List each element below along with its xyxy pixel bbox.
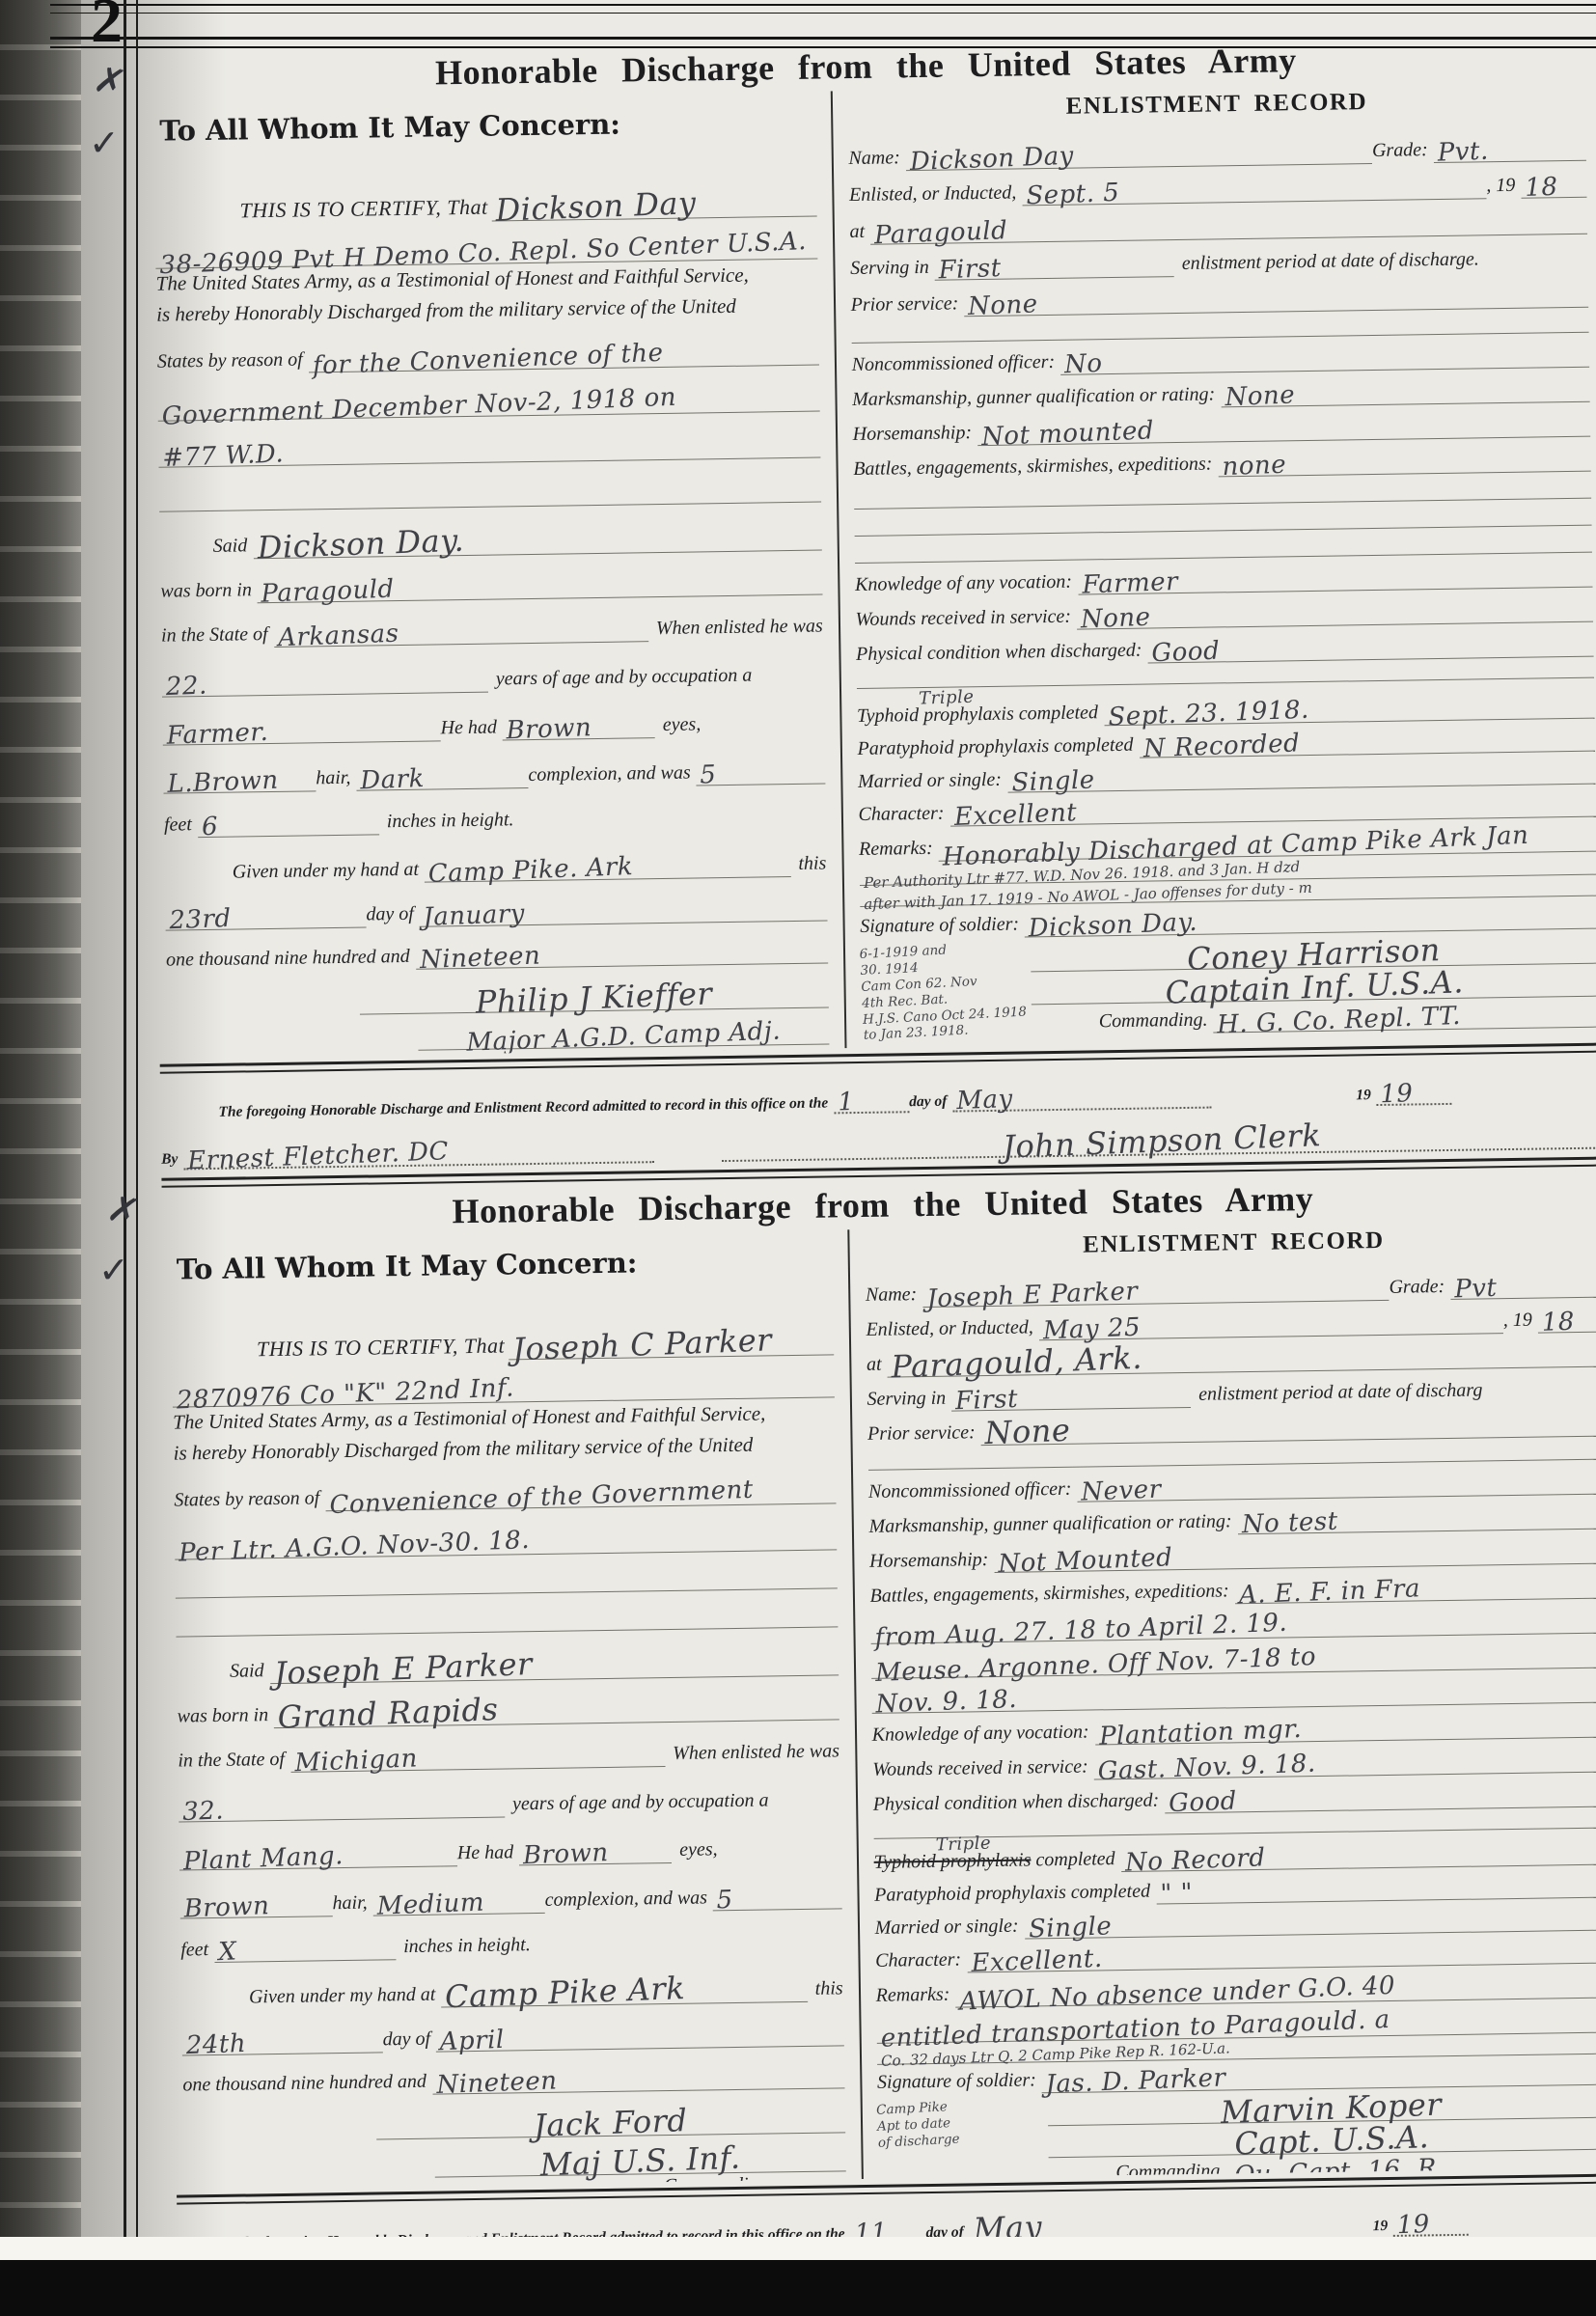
paratyphoid-label: Paratyphoid prophylaxis completed [874, 1881, 1156, 1909]
battles-handwritten: none [1222, 453, 1286, 480]
officer-signature-handwritten: Philip J Kieffer [475, 978, 713, 1017]
page-content: Honorable Discharge from the United Stat… [145, 28, 1596, 2257]
serving-handwritten: First [938, 256, 1002, 283]
given-this-label: this [808, 1977, 843, 2002]
condition-handwritten: Good [1169, 1788, 1238, 1816]
at-place-handwritten: Paragould, Ark. [891, 1342, 1142, 1383]
typhoid-label: Typhoid prophylaxis completedTriple [874, 1848, 1121, 1876]
married-label: Married or single: [875, 1916, 1025, 1942]
margin-check-mark: ✓ [89, 122, 120, 164]
year-printed: , 19 [1486, 175, 1521, 200]
day-handwritten: 23rd [169, 906, 232, 933]
hair-label: hair, [332, 1892, 372, 1917]
inches-handwritten: X [218, 1939, 237, 1965]
marksmanship-handwritten: No test [1241, 1509, 1338, 1538]
enlisted-age-label: When enlisted he was [648, 616, 823, 643]
officer-signature-block: Camp Pike Apt to date of discharge Marvi… [877, 2084, 1596, 2189]
age-handwritten: 22. [165, 674, 207, 701]
salutation: To All Whom It May Concern: [170, 1229, 833, 1310]
reason-handwritten-3: #77 W.D. [162, 441, 285, 471]
prior-service-handwritten: None [984, 1415, 1071, 1448]
said-label: Said [177, 1660, 270, 1685]
state-handwritten: Arkansas [277, 621, 399, 651]
enlisted-date-handwritten: Sept. 5 [1026, 180, 1120, 209]
officer-signature-handwritten: Jack Ford [534, 2105, 688, 2141]
record-columns: To All Whom It May Concern: THIS IS TO C… [162, 1219, 1596, 2190]
enlisted-age-label: When enlisted he was [665, 1740, 839, 1767]
feet-label: feet [180, 1939, 214, 1964]
record-columns: To All Whom It May Concern: THIS IS TO C… [146, 80, 1596, 1059]
year-label: one thousand nine hundred and [182, 2071, 432, 2099]
wounds-label: Wounds received in service: [872, 1755, 1094, 1782]
typhoid-handwritten: Sept. 23. 1918. [1108, 698, 1309, 731]
given-place-handwritten: Camp Pike. Ark [428, 854, 634, 887]
commanding-unit-handwritten: H. G. Co. Repl. TT. [1217, 1004, 1462, 1037]
year-handwritten: Nineteen [419, 943, 540, 973]
eyes-handwritten: Brown [506, 715, 592, 743]
by-label: By [161, 1150, 184, 1170]
page-bottom-margin [0, 2237, 1596, 2260]
record-footer: The foregoing Honorable Discharge and En… [160, 1057, 1596, 1172]
complexion-label: complexion, and was [545, 1887, 714, 1914]
wounds-label: Wounds received in service: [855, 606, 1077, 633]
month-handwritten: April [440, 2027, 506, 2054]
year-handwritten: Nineteen [436, 2068, 558, 2098]
married-handwritten: Single [1011, 767, 1095, 795]
said-label: Said [160, 535, 254, 560]
state-label: in the State of [161, 623, 274, 649]
day-of-label: day of [383, 2028, 437, 2054]
serving-tail: enlistment period at date of discharg [1191, 1379, 1483, 1407]
married-label: Married or single: [858, 769, 1007, 795]
clerk-signature-handwritten: John Simpson Clerk [1003, 1119, 1322, 1162]
state-handwritten: Michigan [294, 1746, 418, 1776]
certificate-column: To All Whom It May Concern: THIS IS TO C… [162, 1229, 861, 2189]
hair-label: hair, [316, 767, 356, 792]
born-label: was born in [160, 579, 258, 604]
eyes-handwritten: Brown [523, 1840, 610, 1868]
page-number: 2 [91, 0, 123, 58]
admitted-year-printed: 19 [1373, 2218, 1394, 2237]
condition-handwritten: Good [1151, 639, 1221, 667]
certify-label: THIS IS TO CERTIFY, That [172, 1333, 509, 1365]
condition-label: Physical condition when discharged: [873, 1789, 1166, 1817]
name-handwritten: Dickson Day [909, 144, 1074, 175]
height-feet-handwritten: 5 [717, 1888, 734, 1914]
typhoid-overwrite-handwritten: Triple [918, 689, 974, 708]
married-handwritten: Single [1028, 1914, 1112, 1942]
commanding-label: Commanding. [1099, 1009, 1214, 1035]
said-line: Said Dickson Day. [159, 503, 821, 561]
year-printed: , 19 [1503, 1310, 1538, 1335]
born-label: was born in [178, 1704, 275, 1729]
name-handwritten: Joseph E Parker [926, 1279, 1139, 1311]
grade-label: Grade: [1372, 139, 1434, 164]
admitted-day-handwritten: 1 [838, 1089, 855, 1116]
remarks-label: Remarks: [859, 838, 939, 863]
recorder-handwritten: Ernest Fletcher. DC [187, 1139, 450, 1173]
grade-label: Grade: [1389, 1276, 1450, 1301]
condition-label: Physical condition when discharged: [856, 640, 1148, 668]
battles-handwritten-4: Nov. 9. 18. [875, 1687, 1017, 1717]
enlist-year-handwritten: 18 [1541, 1310, 1575, 1336]
soldier-name-handwritten: Joseph C Parker [512, 1324, 773, 1365]
paratyphoid-handwritten: N Recorded [1142, 731, 1300, 761]
enlist-year-handwritten: 18 [1525, 175, 1558, 201]
year-label: one thousand nine hundred and [166, 946, 416, 974]
eyes-label: He had [440, 716, 503, 741]
discharge-record-1: Honorable Discharge from the United Stat… [145, 36, 1596, 1188]
book-binding-edge [0, 0, 81, 2316]
vocation-label: Knowledge of any vocation: [872, 1721, 1095, 1748]
inches-handwritten: 6 [201, 814, 218, 841]
given-this-label: this [790, 852, 826, 877]
eyes-label: He had [457, 1841, 520, 1866]
occupation-handwritten: Farmer. [166, 720, 268, 749]
eyes-suffix: eyes, [655, 713, 702, 738]
soldier-signature-handwritten: Dickson Day. [1029, 910, 1198, 942]
salutation: To All Whom It May Concern: [153, 92, 816, 173]
given-line: Given under my hand at Camp Pike. Ark th… [164, 828, 826, 886]
enlisted-label: Enlisted, or Inducted, [866, 1316, 1039, 1343]
said-name-handwritten: Dickson Day. [257, 525, 464, 564]
margin-notes: Camp Pike Apt to date of discharge [875, 2090, 1047, 2189]
nco-handwritten: Never [1081, 1476, 1162, 1504]
admitted-month-handwritten: May [956, 1087, 1013, 1114]
vocation-label: Knowledge of any vocation: [855, 571, 1078, 598]
nco-handwritten: No [1064, 351, 1103, 377]
complexion-handwritten: Dark [360, 766, 425, 793]
battles-handwritten: A. E. F. in Fra [1238, 1576, 1420, 1608]
margin-notes: 6-1-1919 and 30. 1914 Cam Con 62. Nov 4t… [859, 934, 1030, 1044]
admitted-year-handwritten: 19 [1397, 2212, 1431, 2238]
serving-tail: enlistment period at date of discharge. [1174, 248, 1479, 277]
given-line: Given under my hand at Camp Pike Ark thi… [180, 1953, 842, 2011]
typhoid-handwritten: No Record [1124, 1845, 1265, 1875]
grade-handwritten: Pvt [1454, 1276, 1498, 1303]
name-label: Name: [848, 147, 906, 172]
age-label: years of age and by occupation a [488, 665, 753, 693]
state-label: in the State of [178, 1749, 290, 1775]
character-handwritten: Excellent. [971, 1946, 1103, 1976]
typhoid-overwrite-handwritten: Triple [935, 1834, 991, 1854]
admitted-year-handwritten: 19 [1380, 1081, 1414, 1107]
officer-signature-lines: Marvin Koper Capt. U.S.A. Commanding. Qu… [1047, 2084, 1596, 2189]
at-label: at [849, 221, 870, 245]
scanned-ledger-page: 2 ✗ ✓ ✗ ✓ Honorable Discharge from the U… [0, 0, 1596, 2316]
birthplace-handwritten: Paragould [261, 577, 395, 607]
officer-title-handwritten: Major A.G.D. Camp Adj. [466, 1019, 782, 1056]
enlistment-record-column: ENLISTMENT RECORD Name: Dickson Day Grad… [830, 80, 1596, 1049]
nco-label: Noncommissioned officer: [851, 351, 1060, 378]
enlistment-record-column: ENLISTMENT RECORD Name: Joseph E Parker … [847, 1219, 1596, 2180]
certify-line: THIS IS TO CERTIFY, That Joseph C Parker [171, 1301, 833, 1365]
given-place-handwritten: Camp Pike Ark [445, 1972, 686, 2012]
occupation-handwritten: Plant Mang. [182, 1843, 344, 1874]
height-feet-handwritten: 5 [700, 762, 717, 788]
horsemanship-handwritten: Not mounted [981, 418, 1155, 450]
margin-double-rule [124, 0, 138, 2258]
paratyphoid-handwritten: " " [1160, 1881, 1194, 1907]
officer-signature-block: 6-1-1919 and 30. 1914 Cam Con 62. Nov 4t… [860, 929, 1596, 1042]
serving-label: Serving in [850, 257, 935, 282]
soldier-signature-handwritten: Jas. D. Parker [1045, 2065, 1226, 2097]
complexion-label: complexion, and was [528, 761, 697, 788]
admitted-dayof: day of [909, 1093, 952, 1114]
certify-label: THIS IS TO CERTIFY, That [154, 195, 492, 227]
birthplace-handwritten: Grand Rapids [278, 1694, 500, 1733]
certificate-column: To All Whom It May Concern: THIS IS TO C… [146, 91, 844, 1058]
day-of-label: day of [366, 903, 420, 928]
wounds-handwritten: None [1081, 605, 1151, 633]
day-handwritten: 24th [185, 2031, 246, 2058]
serving-label: Serving in [867, 1388, 951, 1413]
age-line: 22. years of age and by occupation a [161, 640, 823, 698]
character-label: Character: [858, 803, 949, 828]
at-place-handwritten: Paragould [874, 218, 1008, 248]
officer-signature-lines: Coney Harrison Captain Inf. U.S.A. Comma… [1030, 929, 1596, 1039]
inches-label: inches in height. [379, 809, 514, 835]
top-rule-1 [50, 4, 1596, 14]
age-label: years of age and by occupation a [505, 1789, 769, 1817]
horsemanship-handwritten: Not Mounted [998, 1545, 1173, 1577]
eyes-suffix: eyes, [672, 1838, 718, 1863]
said-name-handwritten: Joseph E Parker [273, 1648, 533, 1689]
soldier-name-handwritten: Dickson Day [495, 187, 697, 226]
character-handwritten: Excellent [953, 800, 1077, 830]
officer-title-handwritten: Maj U.S. Inf. [539, 2142, 741, 2181]
reason-label: States by reason of [174, 1487, 325, 1513]
discharge-record-2: Honorable Discharge from the United Stat… [162, 1174, 1596, 2257]
prior-service-label: Prior service: [851, 292, 965, 318]
certify-line: THIS IS TO CERTIFY, That Dickson Day [154, 163, 816, 227]
reason-label: States by reason of [157, 348, 309, 374]
nco-label: Noncommissioned officer: [868, 1478, 1078, 1505]
hair-handwritten: L.Brown [167, 768, 279, 797]
name-label: Name: [866, 1283, 923, 1309]
marksmanship-handwritten: None [1225, 382, 1295, 410]
given-label: Given under my hand at [165, 859, 426, 887]
given-label: Given under my hand at [181, 1984, 442, 2012]
enlisted-label: Enlisted, or Inducted, [849, 181, 1023, 208]
prior-service-handwritten: None [968, 291, 1038, 319]
grade-handwritten: Pvt. [1437, 139, 1489, 166]
paratyphoid-label: Paratyphoid prophylaxis completed [857, 734, 1139, 762]
character-label: Character: [875, 1948, 967, 1973]
admitted-year-printed: 19 [1356, 1087, 1377, 1106]
horsemanship-label: Horsemanship: [869, 1549, 995, 1575]
horsemanship-label: Horsemanship: [853, 422, 978, 448]
age-handwritten: 32. [182, 1798, 225, 1825]
prior-service-label: Prior service: [867, 1421, 981, 1447]
margin-check-mark-2: ✓ [98, 1249, 129, 1291]
at-label: at [867, 1354, 888, 1378]
vocation-handwritten: Farmer [1082, 569, 1179, 598]
said-line: Said Joseph E Parker [176, 1627, 838, 1685]
commanding-officer-title: Capt. U.S.A. [1234, 2121, 1430, 2160]
serving-handwritten: First [955, 1387, 1019, 1414]
inches-label: inches in height. [396, 1934, 531, 1960]
feet-label: feet [164, 813, 198, 839]
month-handwritten: January [423, 901, 525, 930]
scan-black-edge [0, 2260, 1596, 2316]
hair-handwritten: Brown [183, 1893, 270, 1921]
remarks-label: Remarks: [876, 1984, 956, 2009]
typhoid-label: Typhoid prophylaxis completedTriple [857, 702, 1104, 730]
age-line: 32. years of age and by occupation a [179, 1764, 840, 1822]
vocation-handwritten: Plantation mgr. [1098, 1717, 1302, 1750]
complexion-handwritten: Medium [376, 1890, 484, 1919]
